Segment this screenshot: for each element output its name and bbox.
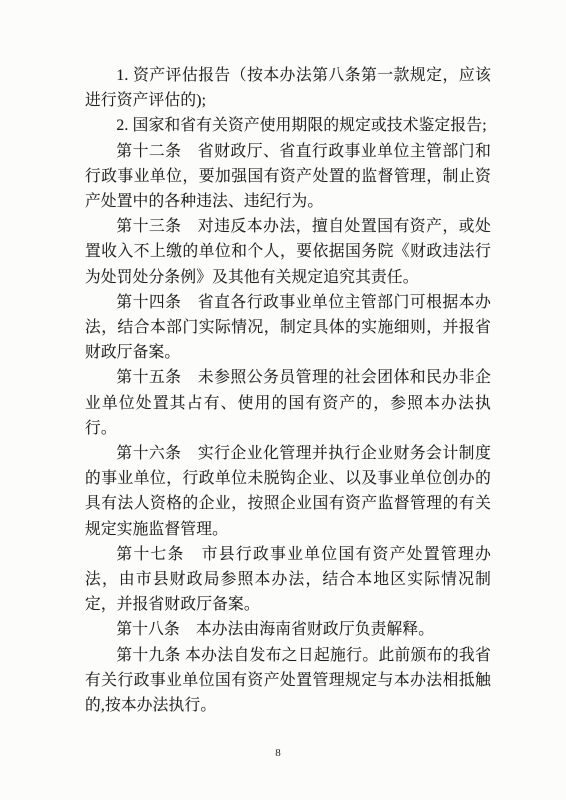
article-15-paragraph: 第十五条 未参照公务员管理的社会团体和民办非企业单位处置其占有、使用的国有资产的… xyxy=(85,365,491,441)
article-19-paragraph: 第十九条 本办法自发布之日起施行。此前颁布的我省有关行政事业单位国有资产处置管理… xyxy=(85,643,491,719)
article-18-paragraph: 第十八条 本办法由海南省财政厅负责解释。 xyxy=(85,617,491,642)
article-12-paragraph: 第十二条 省财政厅、省直行政事业单位主管部门和行政事业单位，要加强国有资产处置的… xyxy=(85,139,491,215)
article-16-paragraph: 第十六条 实行企业化管理并执行企业财务会计制度的事业单位，行政单位未脱钩企业、以… xyxy=(85,441,491,542)
list-item-2: 2. 国家和省有关资产使用期限的规定或技术鉴定报告; xyxy=(85,113,491,138)
page-number: 8 xyxy=(0,747,556,759)
article-17-paragraph: 第十七条 市县行政事业单位国有资产处置管理办法，由市县财政局参照本办法，结合本地… xyxy=(85,542,491,618)
document-body-text: 1. 资产评估报告（按本办法第八条第一款规定，应该进行资产评估的); 2. 国家… xyxy=(85,63,491,718)
list-item-1: 1. 资产评估报告（按本办法第八条第一款规定，应该进行资产评估的); xyxy=(85,63,491,113)
article-14-paragraph: 第十四条 省直各行政事业单位主管部门可根据本办法，结合本部门实际情况，制定具体的… xyxy=(85,290,491,366)
article-13-paragraph: 第十三条 对违反本办法，擅自处置国有资产，或处置收入不上缴的单位和个人，要依据国… xyxy=(85,214,491,290)
scanned-document-page: 1. 资产评估报告（按本办法第八条第一款规定，应该进行资产评估的); 2. 国家… xyxy=(0,0,566,800)
